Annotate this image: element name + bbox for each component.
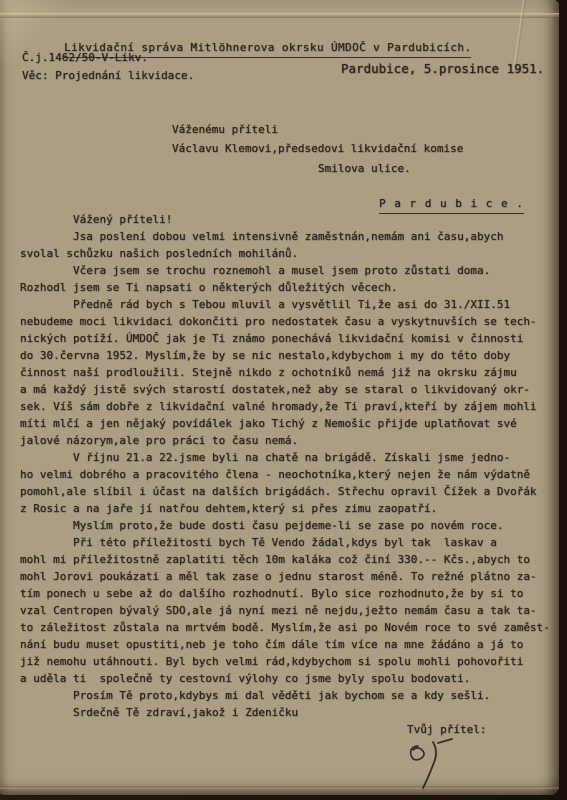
recipient-name: Václavu Klemovi,předsedovi likvidační ko… xyxy=(172,140,463,157)
reference-number: Č.j.1462/50-V-Likv. xyxy=(22,49,148,66)
photographed-letter: Likvidační správa Mitlöhnerova okrsku ÚM… xyxy=(0,0,567,800)
letter-body: Vážený příteli! Jsa poslení dobou velmi … xyxy=(20,211,550,721)
paper-sheet: Likvidační správa Mitlöhnerova okrsku ÚM… xyxy=(0,0,559,795)
recipient-salutation: Váženému příteli xyxy=(172,121,278,138)
paper-edge-crease-bottom xyxy=(0,786,559,789)
dateline: Pardubice, 5.prosince 1951. xyxy=(341,60,544,77)
recipient-street: Smilova ulice. xyxy=(318,160,411,177)
subject-line: Věc: Projednání likvidace. xyxy=(22,67,194,84)
paper-fold-crease xyxy=(0,13,559,18)
handwritten-signature xyxy=(402,734,458,794)
